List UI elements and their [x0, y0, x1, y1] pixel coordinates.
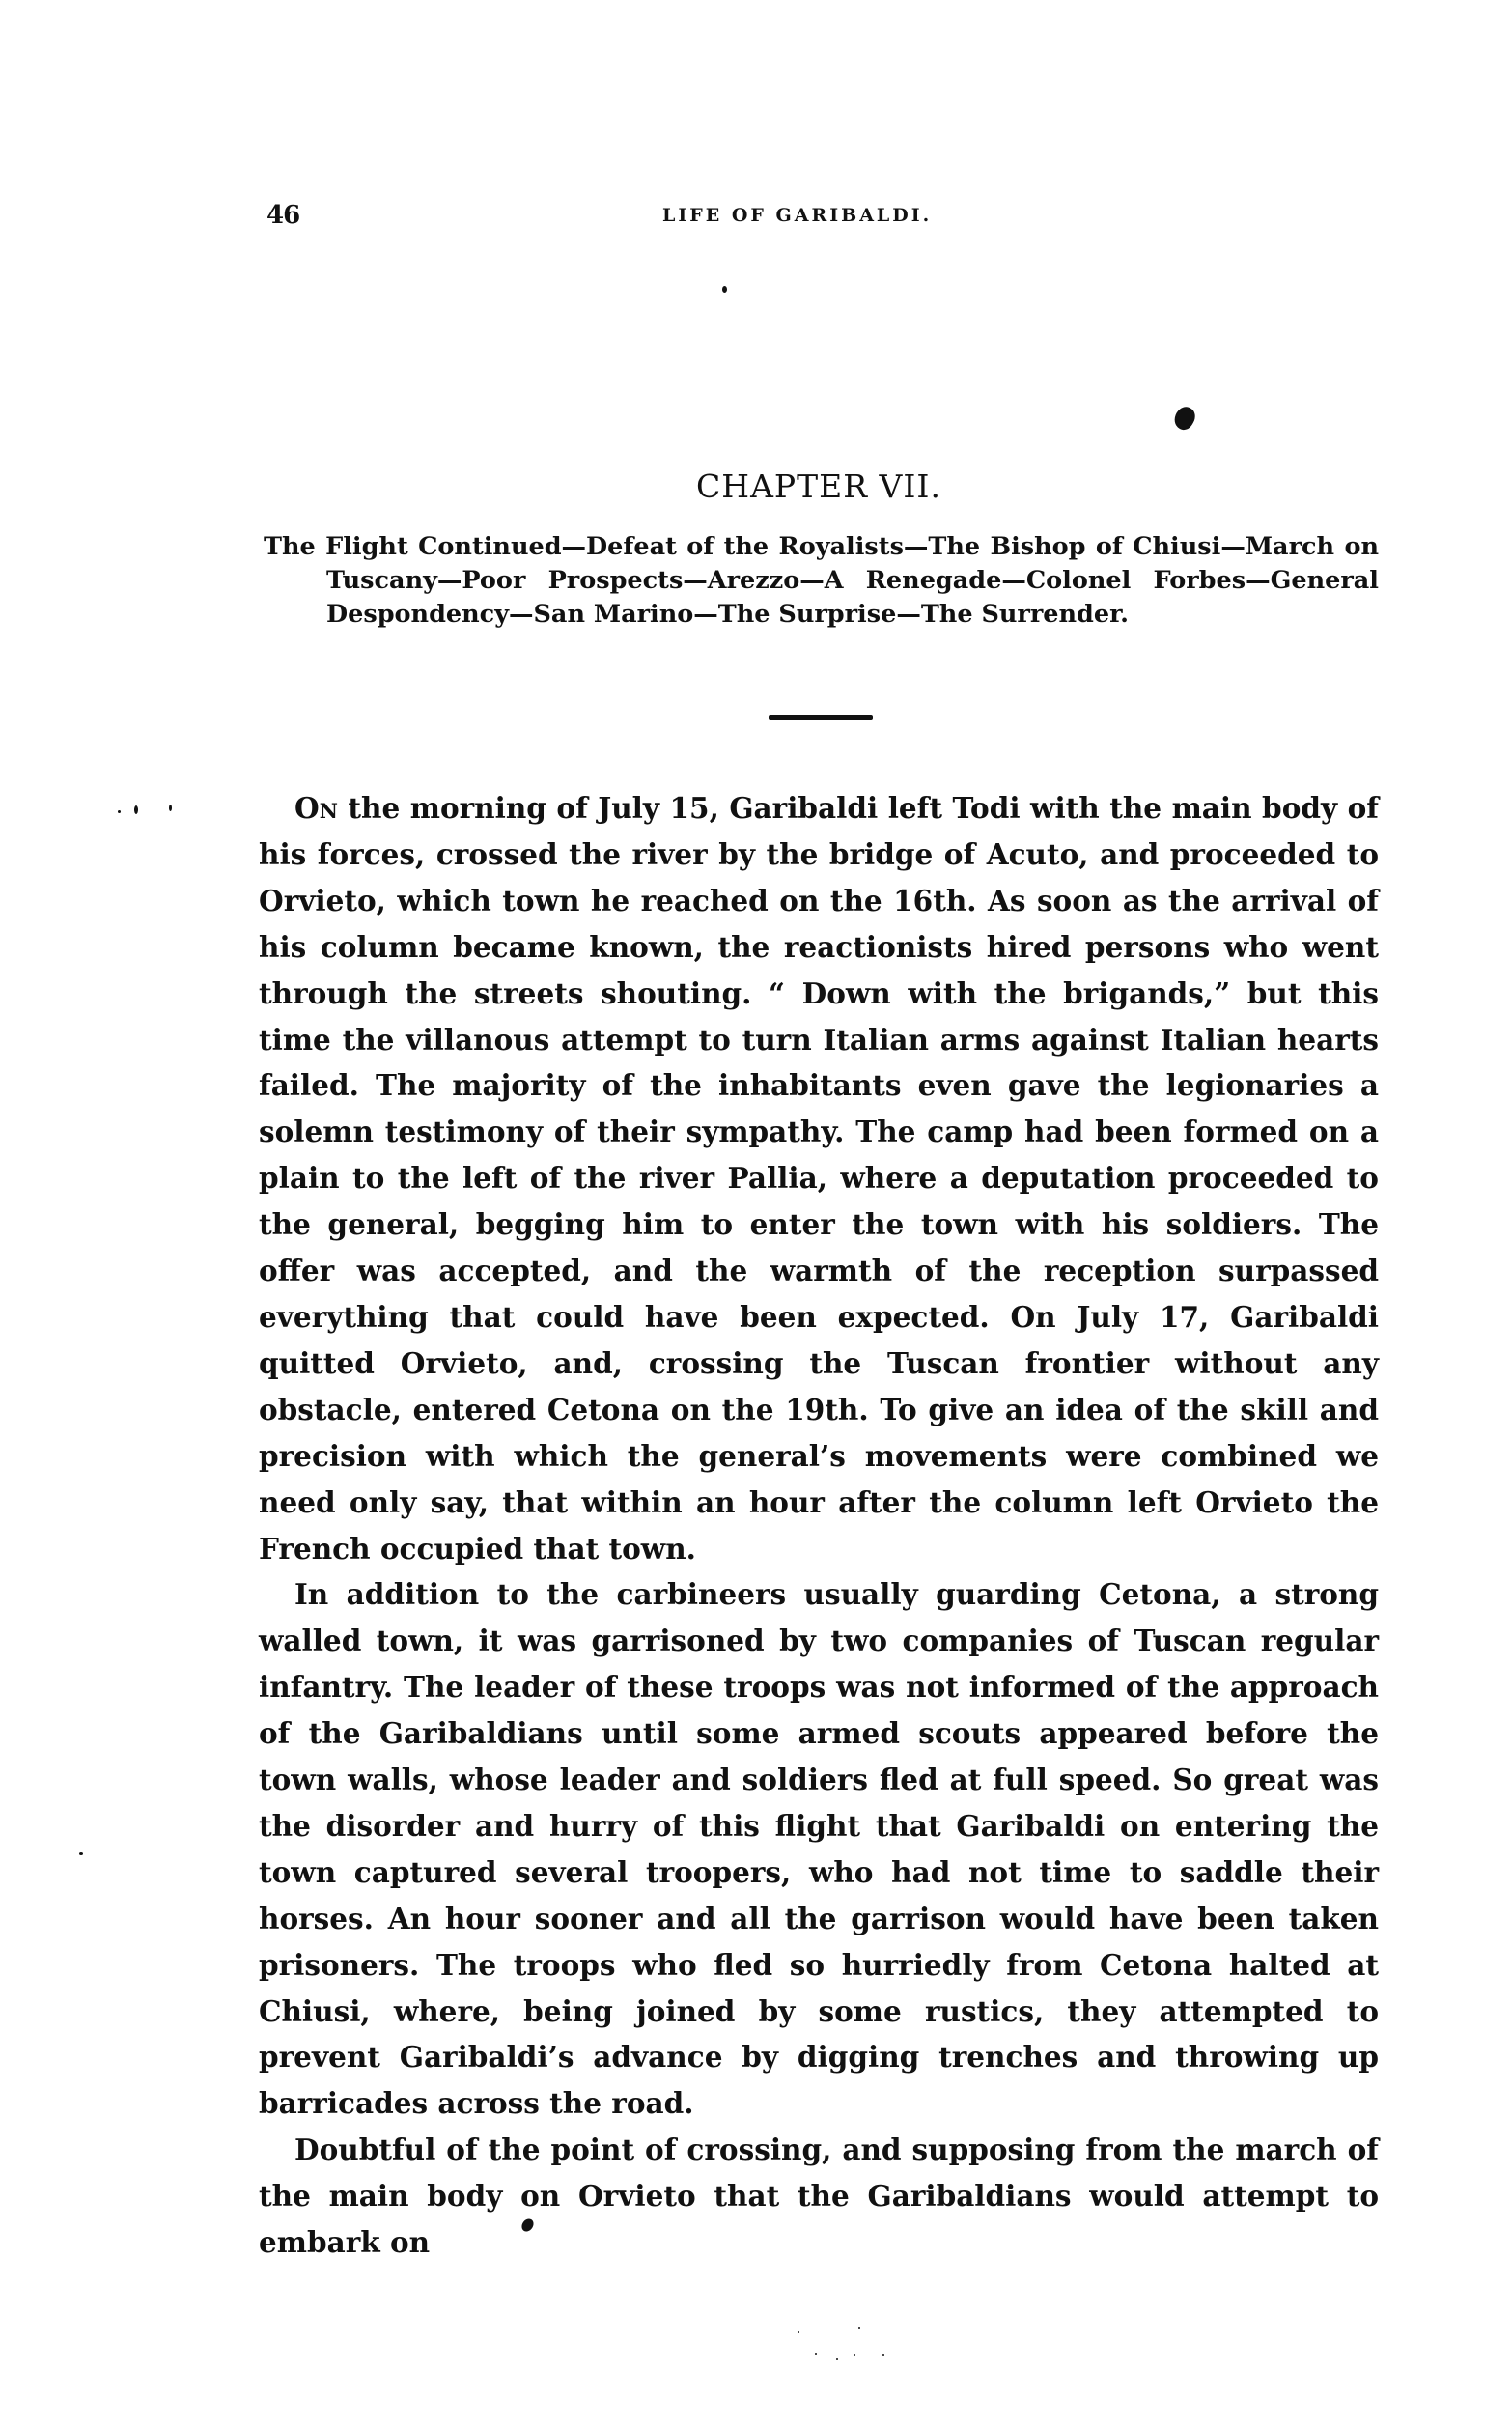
paragraph: On the morning of July 15, Garibaldi lef…: [259, 785, 1379, 1571]
ink-speck-mark: [854, 2354, 855, 2356]
paragraph: In addition to the carbineers usually gu…: [259, 1571, 1379, 2127]
running-title: LIFE OF GARIBALDI.: [662, 205, 932, 226]
chapter-summary: The Flight Continued—Defeat of the Royal…: [264, 530, 1379, 632]
section-divider-rule: [769, 715, 873, 720]
page-number: 46: [266, 201, 299, 230]
ink-speck-mark: [169, 805, 172, 811]
paragraph-text: the morning of July 15, Garibaldi left T…: [259, 791, 1379, 1566]
ink-speck-mark: [798, 2331, 799, 2333]
ink-speck-mark: [815, 2353, 817, 2355]
paragraph-text: In addition to the carbineers usually gu…: [259, 1577, 1379, 2120]
ink-speck-mark: [836, 2358, 838, 2360]
ink-speck-mark: [1170, 404, 1198, 434]
ink-speck-mark: [134, 805, 138, 814]
ink-speck-mark: [118, 810, 121, 813]
ink-speck-mark: [79, 1852, 83, 1855]
book-page: 46 LIFE OF GARIBALDI. CHAPTER VII. The F…: [0, 0, 1512, 2429]
paragraph-lead-word: On: [294, 791, 338, 825]
chapter-title: CHAPTER VII.: [259, 467, 1379, 505]
paragraph: Doubtful of the point of crossing, and s…: [259, 2127, 1379, 2266]
body-text: On the morning of July 15, Garibaldi lef…: [259, 785, 1379, 2266]
running-head: 46 LIFE OF GARIBALDI.: [259, 201, 1379, 230]
paragraph-text: Doubtful of the point of crossing, and s…: [259, 2132, 1379, 2259]
ink-speck-mark: [882, 2354, 884, 2356]
ink-speck-mark: [858, 2327, 860, 2329]
ink-speck-mark: [722, 286, 727, 293]
